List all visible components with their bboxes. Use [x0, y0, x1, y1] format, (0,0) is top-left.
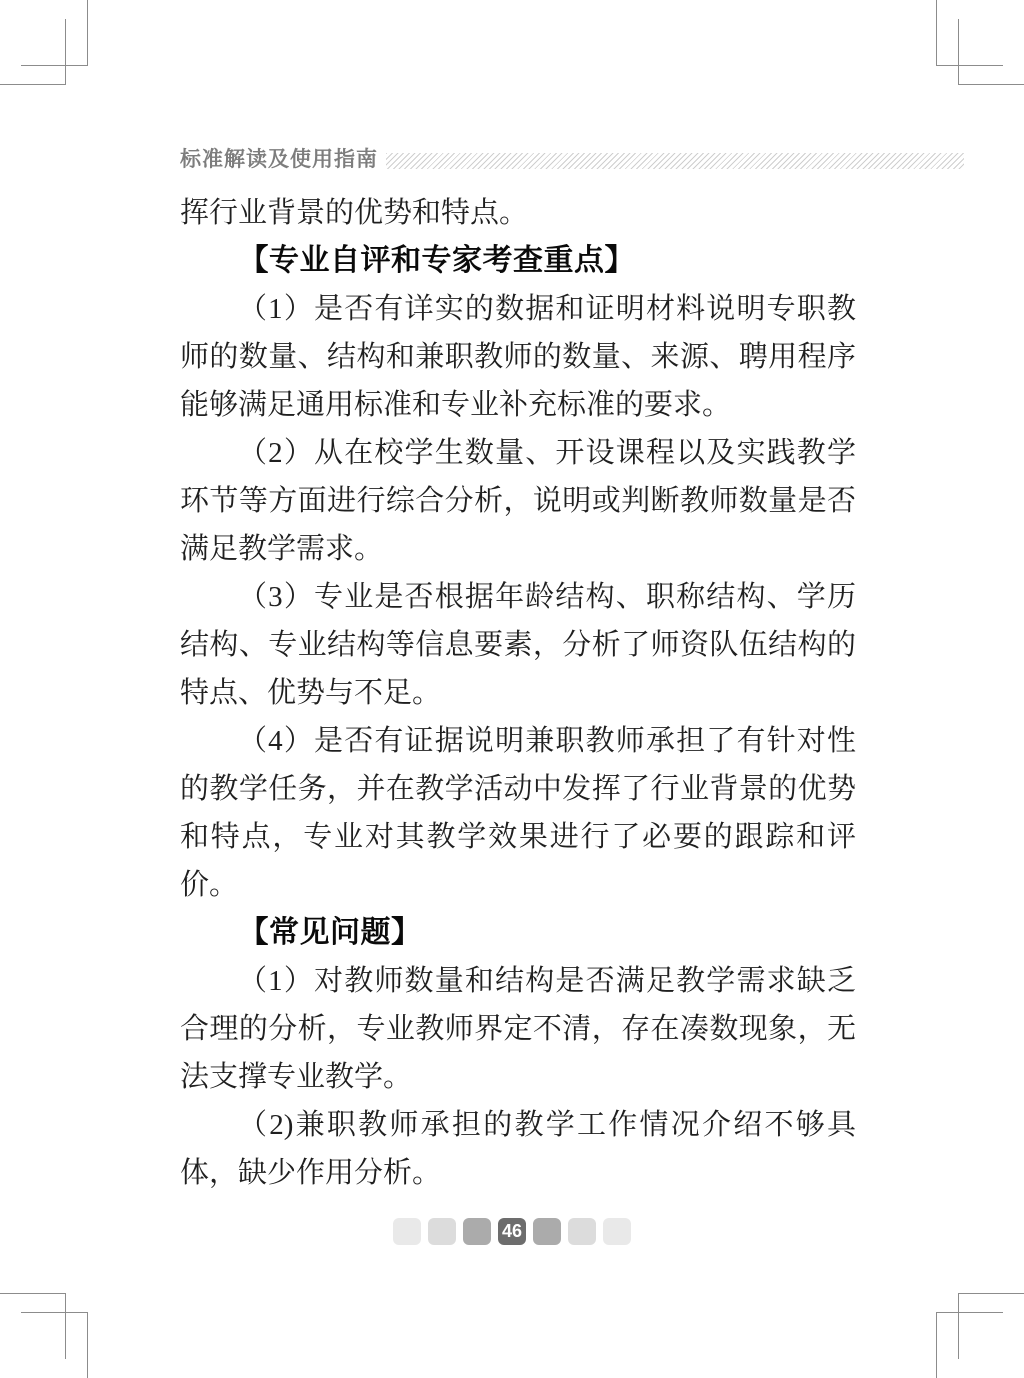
page-number-strip: 46: [0, 1218, 1024, 1245]
pager-square: [463, 1218, 491, 1245]
pager-square: [533, 1218, 561, 1245]
section-heading-self-review: 【专业自评和专家考查重点】: [180, 237, 856, 285]
paragraph: （3）专业是否根据年龄结构、职称结构、学历结构、专业结构等信息要素，分析了师资队…: [180, 573, 856, 717]
pager-square: [603, 1218, 631, 1245]
running-head-title: 标准解读及使用指南: [180, 146, 378, 174]
section-heading-common-issues: 【常见问题】: [180, 909, 856, 957]
book-page: 标准解读及使用指南 挥行业背景的优势和特点。 【专业自评和专家考查重点】 （1）…: [0, 0, 1024, 1378]
pager-square: [393, 1218, 421, 1245]
paragraph: （1）对教师数量和结构是否满足教学需求缺乏合理的分析，专业教师界定不清，存在凑数…: [180, 957, 856, 1101]
pager-square: [568, 1218, 596, 1245]
crop-mark-top-left-inner: [0, 19, 66, 85]
crop-mark-bottom-left-inner: [0, 1293, 66, 1359]
crop-mark-bottom-right-inner: [958, 1293, 1024, 1359]
paragraph: （1）是否有详实的数据和证明材料说明专职教师的数量、结构和兼职教师的数量、来源、…: [180, 285, 856, 429]
paragraph: （2）从在校学生数量、开设课程以及实践教学环节等方面进行综合分析，说明或判断教师…: [180, 429, 856, 573]
crop-mark-top-right-inner: [958, 19, 1024, 85]
paragraph: （4）是否有证据说明兼职教师承担了有针对性的教学任务，并在教学活动中发挥了行业背…: [180, 717, 856, 909]
paragraph: （2)兼职教师承担的教学工作情况介绍不够具体，缺少作用分析。: [180, 1101, 856, 1197]
text-block: 挥行业背景的优势和特点。 【专业自评和专家考查重点】 （1）是否有详实的数据和证…: [180, 189, 856, 1197]
page-number-badge: 46: [498, 1218, 526, 1245]
pager-square: [428, 1218, 456, 1245]
paragraph-continuation: 挥行业背景的优势和特点。: [180, 189, 856, 237]
hatch-rule: [386, 153, 964, 169]
